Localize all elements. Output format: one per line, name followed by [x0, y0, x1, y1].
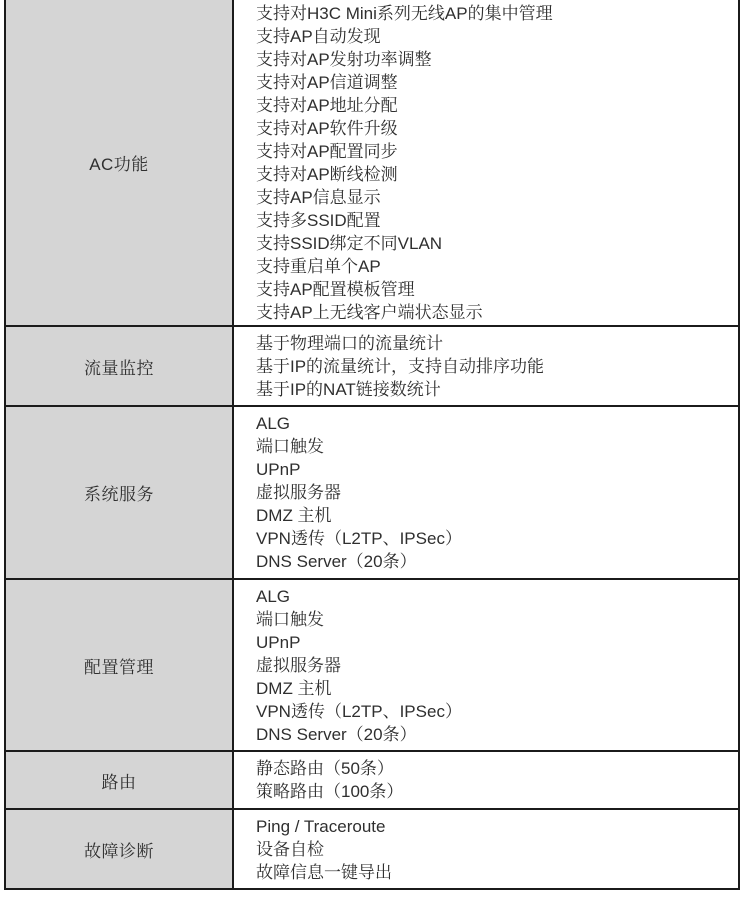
spec-feature-item: 支持对AP地址分配	[256, 94, 738, 117]
spec-row: 路由 静态路由（50条）策略路由（100条）	[6, 750, 738, 808]
spec-feature-item: 基于IP的NAT链接数统计	[256, 378, 738, 401]
spec-feature-item: 支持多SSID配置	[256, 209, 738, 232]
spec-feature-item: UPnP	[256, 458, 738, 481]
spec-features-cell: Ping / Traceroute设备自检故障信息一键导出	[234, 810, 738, 888]
spec-category-cell: 系统服务	[6, 407, 234, 578]
spec-row: 流量监控 基于物理端口的流量统计基于IP的流量统计，支持自动排序功能基于IP的N…	[6, 325, 738, 405]
spec-feature-item: DNS Server（20条）	[256, 550, 738, 573]
spec-features-cell: ALG端口触发UPnP虚拟服务器DMZ 主机VPN透传（L2TP、IPSec）D…	[234, 407, 738, 578]
spec-category-label: 故障诊断	[84, 837, 154, 862]
spec-feature-item: 支持AP配置模板管理	[256, 278, 738, 301]
spec-category-label: 系统服务	[84, 480, 154, 505]
spec-feature-item: 故障信息一键导出	[256, 861, 738, 884]
spec-features-cell: 支持对H3C Mini系列无线AP的集中管理支持AP自动发现支持对AP发射功率调…	[234, 0, 738, 325]
spec-category-cell: AC功能	[6, 0, 234, 325]
spec-row: AC功能 支持对H3C Mini系列无线AP的集中管理支持AP自动发现支持对AP…	[6, 0, 738, 325]
spec-feature-item: 支持AP自动发现	[256, 25, 738, 48]
spec-features-cell: 静态路由（50条）策略路由（100条）	[234, 752, 738, 808]
spec-category-cell: 流量监控	[6, 327, 234, 405]
spec-feature-item: 支持重启单个AP	[256, 255, 738, 278]
spec-feature-item: ALG	[256, 585, 738, 608]
spec-feature-item: DMZ 主机	[256, 677, 738, 700]
spec-row: 配置管理 ALG端口触发UPnP虚拟服务器DMZ 主机VPN透传（L2TP、IP…	[6, 578, 738, 750]
spec-feature-item: ALG	[256, 412, 738, 435]
spec-category-cell: 路由	[6, 752, 234, 808]
spec-feature-item: 虚拟服务器	[256, 654, 738, 677]
spec-category-label: 路由	[102, 768, 137, 793]
spec-category-label: 配置管理	[84, 653, 154, 678]
spec-feature-item: UPnP	[256, 631, 738, 654]
spec-feature-item: 端口触发	[256, 435, 738, 458]
spec-feature-item: DNS Server（20条）	[256, 723, 738, 746]
spec-row: 系统服务 ALG端口触发UPnP虚拟服务器DMZ 主机VPN透传（L2TP、IP…	[6, 405, 738, 578]
spec-feature-item: 支持对AP断线检测	[256, 163, 738, 186]
spec-feature-item: 支持对H3C Mini系列无线AP的集中管理	[256, 2, 738, 25]
spec-feature-item: Ping / Traceroute	[256, 815, 738, 838]
spec-features-cell: 基于物理端口的流量统计基于IP的流量统计，支持自动排序功能基于IP的NAT链接数…	[234, 327, 738, 405]
spec-feature-item: 支持对AP信道调整	[256, 71, 738, 94]
spec-category-label: AC功能	[89, 150, 149, 175]
spec-feature-item: 支持AP上无线客户端状态显示	[256, 301, 738, 324]
spec-category-cell: 故障诊断	[6, 810, 234, 888]
spec-feature-item: 端口触发	[256, 608, 738, 631]
spec-feature-item: DMZ 主机	[256, 504, 738, 527]
spec-feature-item: 设备自检	[256, 838, 738, 861]
spec-feature-item: 支持对AP软件升级	[256, 117, 738, 140]
spec-row: 故障诊断 Ping / Traceroute设备自检故障信息一键导出	[6, 808, 738, 888]
spec-feature-item: 支持SSID绑定不同VLAN	[256, 232, 738, 255]
spec-feature-item: 静态路由（50条）	[256, 757, 738, 780]
spec-feature-item: 策略路由（100条）	[256, 780, 738, 803]
spec-feature-item: 支持对AP发射功率调整	[256, 48, 738, 71]
spec-feature-item: 支持AP信息显示	[256, 186, 738, 209]
spec-feature-item: 基于物理端口的流量统计	[256, 332, 738, 355]
spec-feature-item: VPN透传（L2TP、IPSec）	[256, 527, 738, 550]
spec-table: AC功能 支持对H3C Mini系列无线AP的集中管理支持AP自动发现支持对AP…	[4, 0, 740, 890]
spec-category-label: 流量监控	[84, 354, 154, 379]
spec-category-cell: 配置管理	[6, 580, 234, 750]
spec-feature-item: 基于IP的流量统计，支持自动排序功能	[256, 355, 738, 378]
spec-feature-item: 支持对AP配置同步	[256, 140, 738, 163]
spec-feature-item: VPN透传（L2TP、IPSec）	[256, 700, 738, 723]
spec-features-cell: ALG端口触发UPnP虚拟服务器DMZ 主机VPN透传（L2TP、IPSec）D…	[234, 580, 738, 750]
spec-feature-item: 虚拟服务器	[256, 481, 738, 504]
